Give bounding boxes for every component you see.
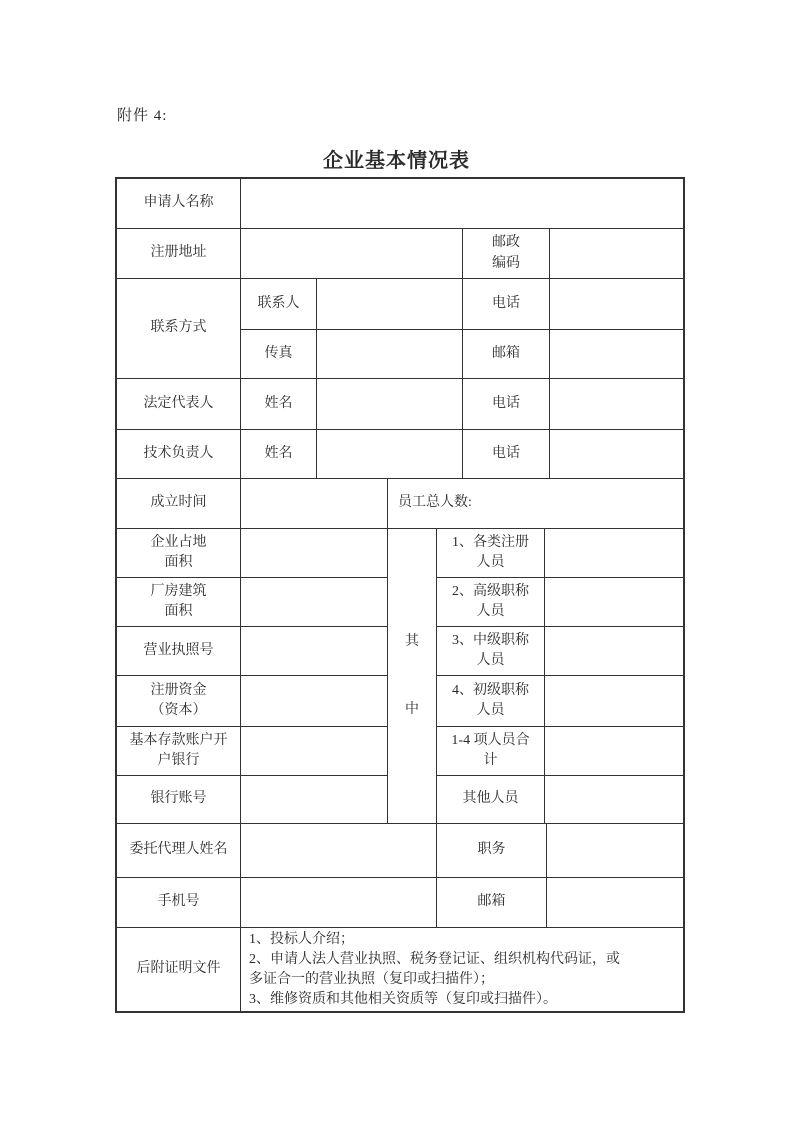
table-row-business-license: 营业执照号: [117, 627, 388, 676]
established-date-label: 成立时间: [117, 479, 241, 528]
table-row-attached-documents: 后附证明文件 1、投标人介绍； 2、申请人法人营业执照、税务登记证、组织机构代码…: [117, 928, 683, 1011]
contact-person-label: 联系人: [241, 279, 317, 329]
among-which-char-2: 中: [405, 700, 419, 720]
building-area-label: 厂房建筑 面积: [117, 578, 241, 626]
applicant-name-value-cell: [241, 179, 683, 228]
table-row-other-personnel: 其他人员: [437, 776, 683, 823]
fax-label: 传真: [241, 330, 317, 378]
mid-title-personnel-label: 3、中级职称 人员: [437, 627, 545, 675]
table-row-land-area: 企业占地 面积: [117, 529, 388, 578]
personnel-subtotal-value-cell: [545, 727, 683, 775]
table-row-deposit-bank: 基本存款账户开 户银行: [117, 727, 388, 776]
among-which-cell: 其 中: [388, 529, 437, 823]
table-row-mobile: 手机号 邮箱: [117, 878, 683, 928]
registered-capital-label: 注册资金 （资本）: [117, 676, 241, 726]
registered-address-value-cell: [241, 229, 463, 278]
table-row-technical-lead: 技术负责人 姓名 电话: [117, 430, 683, 479]
attached-documents-note-line: 多证合一的营业执照（复印或扫描件）；: [249, 970, 494, 990]
agent-email-value-cell: [547, 878, 683, 927]
technical-lead-name-label: 姓名: [241, 430, 317, 478]
contact-email-value-cell: [550, 330, 683, 378]
registered-capital-value-cell: [241, 676, 388, 726]
applicant-name-label: 申请人名称: [117, 179, 241, 228]
bank-account-label: 银行账号: [117, 776, 241, 823]
attachment-label: 附件 4:: [117, 104, 167, 125]
agent-position-label: 职务: [437, 824, 547, 877]
registered-personnel-label: 1、各类注册 人员: [437, 529, 545, 577]
enterprise-info-table: 申请人名称 注册地址 邮政 编码 联系方式 联系人 电话 传真 邮箱: [115, 177, 685, 1013]
table-row-junior-title-personnel: 4、初级职称 人员: [437, 676, 683, 727]
attached-documents-notes: 1、投标人介绍； 2、申请人法人营业执照、税务登记证、组织机构代码证，或 多证合…: [241, 928, 683, 1011]
table-block-company-figures: 企业占地 面积 厂房建筑 面积 营业执照号 注册资金 （资本） 基本存款账户开 …: [117, 529, 683, 824]
table-row-senior-title-personnel: 2、高级职称 人员: [437, 578, 683, 627]
legal-representative-name-value-cell: [317, 379, 463, 429]
mobile-value-cell: [241, 878, 437, 927]
bank-account-value-cell: [241, 776, 388, 823]
technical-lead-label: 技术负责人: [117, 430, 241, 478]
table-row-contact-method: 联系方式 联系人 电话 传真 邮箱: [117, 279, 683, 379]
attached-documents-note-line: 2、申请人法人营业执照、税务登记证、组织机构代码证，或: [249, 950, 620, 970]
land-area-value-cell: [241, 529, 388, 577]
contact-phone-value-cell: [550, 279, 683, 329]
land-area-label: 企业占地 面积: [117, 529, 241, 577]
agent-position-value-cell: [547, 824, 683, 877]
table-row-mid-title-personnel: 3、中级职称 人员: [437, 627, 683, 676]
mid-title-personnel-value-cell: [545, 627, 683, 675]
business-license-label: 营业执照号: [117, 627, 241, 675]
established-date-value-cell: [241, 479, 388, 528]
among-which-char-1: 其: [405, 632, 419, 652]
table-row-building-area: 厂房建筑 面积: [117, 578, 388, 627]
table-row-contact-person: 联系人 电话: [241, 279, 683, 330]
attached-documents-note-line: 1、投标人介绍；: [249, 930, 354, 950]
table-row-registered-address: 注册地址 邮政 编码: [117, 229, 683, 279]
technical-lead-name-value-cell: [317, 430, 463, 478]
senior-title-personnel-label: 2、高级职称 人员: [437, 578, 545, 626]
postal-code-label: 邮政 编码: [463, 229, 550, 278]
table-row-agent-name: 委托代理人姓名 职务: [117, 824, 683, 878]
table-row-registered-personnel: 1、各类注册 人员: [437, 529, 683, 578]
registered-personnel-value-cell: [545, 529, 683, 577]
agent-name-label: 委托代理人姓名: [117, 824, 241, 877]
legal-representative-name-label: 姓名: [241, 379, 317, 429]
building-area-value-cell: [241, 578, 388, 626]
contact-phone-label: 电话: [463, 279, 550, 329]
deposit-bank-label: 基本存款账户开 户银行: [117, 727, 241, 775]
table-row-established-date: 成立时间 员工总人数:: [117, 479, 683, 529]
other-personnel-label: 其他人员: [437, 776, 545, 823]
contact-email-label: 邮箱: [463, 330, 550, 378]
registered-address-label: 注册地址: [117, 229, 241, 278]
other-personnel-value-cell: [545, 776, 683, 823]
technical-lead-phone-value-cell: [550, 430, 683, 478]
table-row-registered-capital: 注册资金 （资本）: [117, 676, 388, 727]
technical-lead-phone-label: 电话: [463, 430, 550, 478]
attached-documents-label: 后附证明文件: [117, 928, 241, 1011]
business-license-value-cell: [241, 627, 388, 675]
table-row-fax: 传真 邮箱: [241, 330, 683, 378]
contact-method-label: 联系方式: [117, 279, 241, 378]
table-row-bank-account: 银行账号: [117, 776, 388, 823]
personnel-subtotal-label: 1-4 项人员合 计: [437, 727, 545, 775]
table-row-personnel-subtotal: 1-4 项人员合 计: [437, 727, 683, 776]
total-staff-label: 员工总人数:: [388, 479, 683, 528]
legal-representative-phone-label: 电话: [463, 379, 550, 429]
page-title: 企业基本情况表: [0, 144, 793, 173]
agent-email-label: 邮箱: [437, 878, 547, 927]
fax-value-cell: [317, 330, 463, 378]
senior-title-personnel-value-cell: [545, 578, 683, 626]
deposit-bank-value-cell: [241, 727, 388, 775]
contact-person-value-cell: [317, 279, 463, 329]
agent-name-value-cell: [241, 824, 437, 877]
junior-title-personnel-label: 4、初级职称 人员: [437, 676, 545, 726]
mobile-label: 手机号: [117, 878, 241, 927]
table-row-legal-representative: 法定代表人 姓名 电话: [117, 379, 683, 430]
attached-documents-note-line: 3、维修资质和其他相关资质等（复印或扫描件）。: [249, 990, 557, 1010]
table-row-applicant-name: 申请人名称: [117, 179, 683, 229]
legal-representative-phone-value-cell: [550, 379, 683, 429]
postal-code-value-cell: [550, 229, 683, 278]
legal-representative-label: 法定代表人: [117, 379, 241, 429]
junior-title-personnel-value-cell: [545, 676, 683, 726]
